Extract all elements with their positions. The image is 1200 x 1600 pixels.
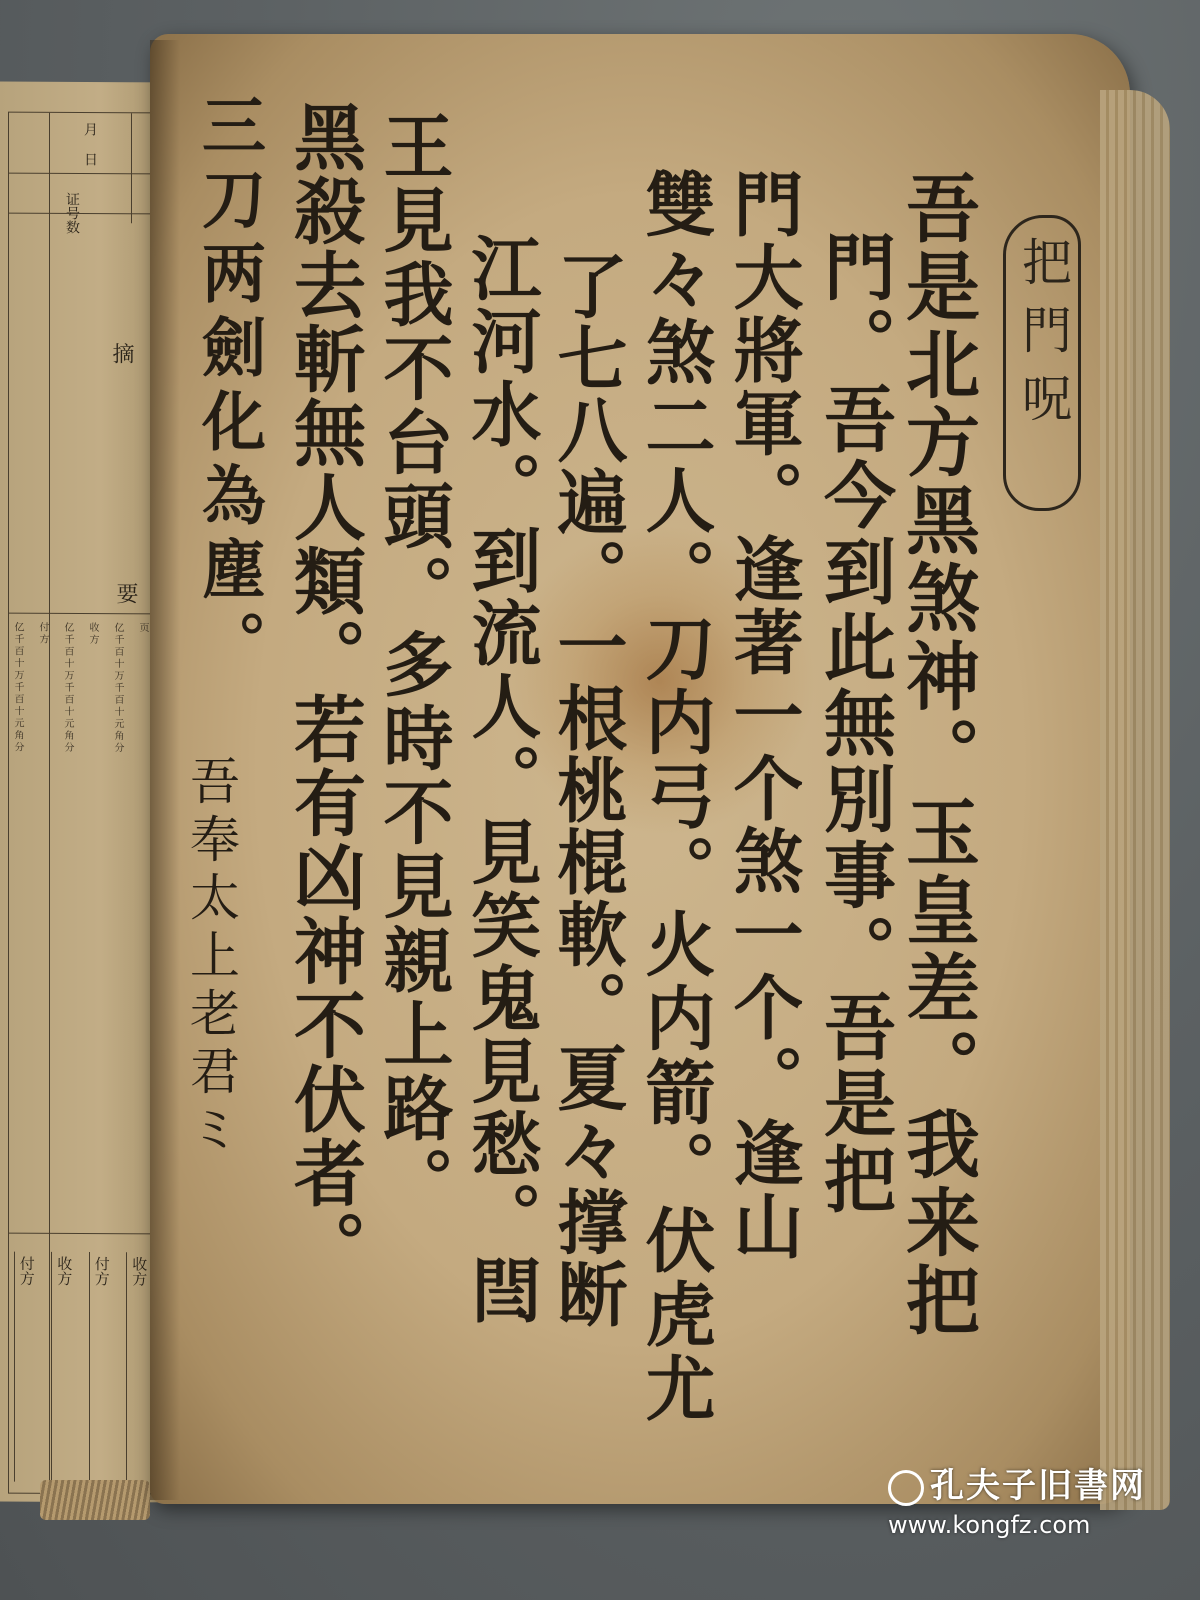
text-column-3: 門大將軍。逢著一个煞一个。逢山 (728, 168, 798, 1263)
ledger-page: 月 日 证号数 摘 要 页 亿千百十万千百十元角分 收方 亿千百十万千百十元角分… (0, 82, 170, 1503)
ledger-col-page: 页 (135, 622, 150, 1142)
manuscript-title: 把門呪 (1018, 236, 1068, 440)
binding-thread (40, 1480, 150, 1520)
ledger-summary-char-1: 摘 (106, 342, 137, 370)
ledger-section-line (9, 1233, 159, 1235)
text-column-1: 吾是北方黑煞神。玉皇差。我来把 (900, 170, 974, 1340)
ledger-foot-receive: 收方 (126, 1252, 152, 1482)
text-column-6: 江河水。到流人。見笑鬼見愁。閆 (466, 232, 536, 1327)
ledger-divider (131, 113, 132, 223)
ledger-foot-pay: 付方 (14, 1252, 40, 1482)
page-stack-edge (1100, 90, 1170, 1510)
text-column-5: 了七八遍。一根桃棍軟。夏々撑断 (552, 250, 622, 1330)
ledger-month-label: 月 (80, 122, 100, 136)
ledger-foot-pay: 付方 (89, 1252, 115, 1482)
ledger-col-digits: 亿千百十万千百十元角分 (110, 622, 125, 1142)
ledger-section-line (9, 613, 159, 615)
closing-invocation: 吾奉太上老君ミ (186, 755, 236, 1161)
watermark: 孔夫子旧書网 www.kongfz.com (888, 1458, 1146, 1539)
spine-shadow (150, 40, 180, 1500)
text-column-4: 雙々煞二人。刀内弓。火内箭。伏虎尤 (640, 168, 710, 1426)
watermark-site-text: 孔夫子旧書网 (930, 1466, 1146, 1506)
ledger-column-labels: 页 亿千百十万千百十元角分 收方 亿千百十万千百十元角分 付方 亿千百十万千百十… (10, 622, 150, 1143)
ledger-header-row-2 (9, 173, 159, 215)
text-column-2: 門。吾今到此無別事。吾是把 (818, 230, 890, 1218)
ledger-col-digits: 亿千百十万千百十元角分 (10, 622, 25, 1142)
ledger-voucher-label: 证号数 (62, 192, 82, 234)
text-column-9: 三刀两劍化為塵。 (196, 92, 260, 684)
kongfz-logo-icon (888, 1470, 924, 1506)
ledger-foot-receive: 收方 (51, 1252, 77, 1482)
ledger-summary-char-2: 要 (110, 582, 141, 610)
text-column-7: 王見我不台頭。多時不見親上路。 (378, 110, 448, 1220)
text-column-8: 黑殺去斬無人類。若有凶神不伏者。 (288, 100, 360, 1284)
ledger-col-pay: 付方 (35, 622, 50, 1142)
ledger-col-receive: 收方 (85, 622, 100, 1142)
ledger-col-digits: 亿千百十万千百十元角分 (60, 622, 75, 1142)
ledger-day-label: 日 (80, 152, 100, 166)
title-bubble: 把門呪 (1003, 215, 1081, 511)
ledger-footer: 收方 付方 收方 付方 (8, 1252, 158, 1483)
watermark-url: www.kongfz.com (888, 1511, 1146, 1539)
watermark-site-name: 孔夫子旧書网 (888, 1458, 1146, 1507)
